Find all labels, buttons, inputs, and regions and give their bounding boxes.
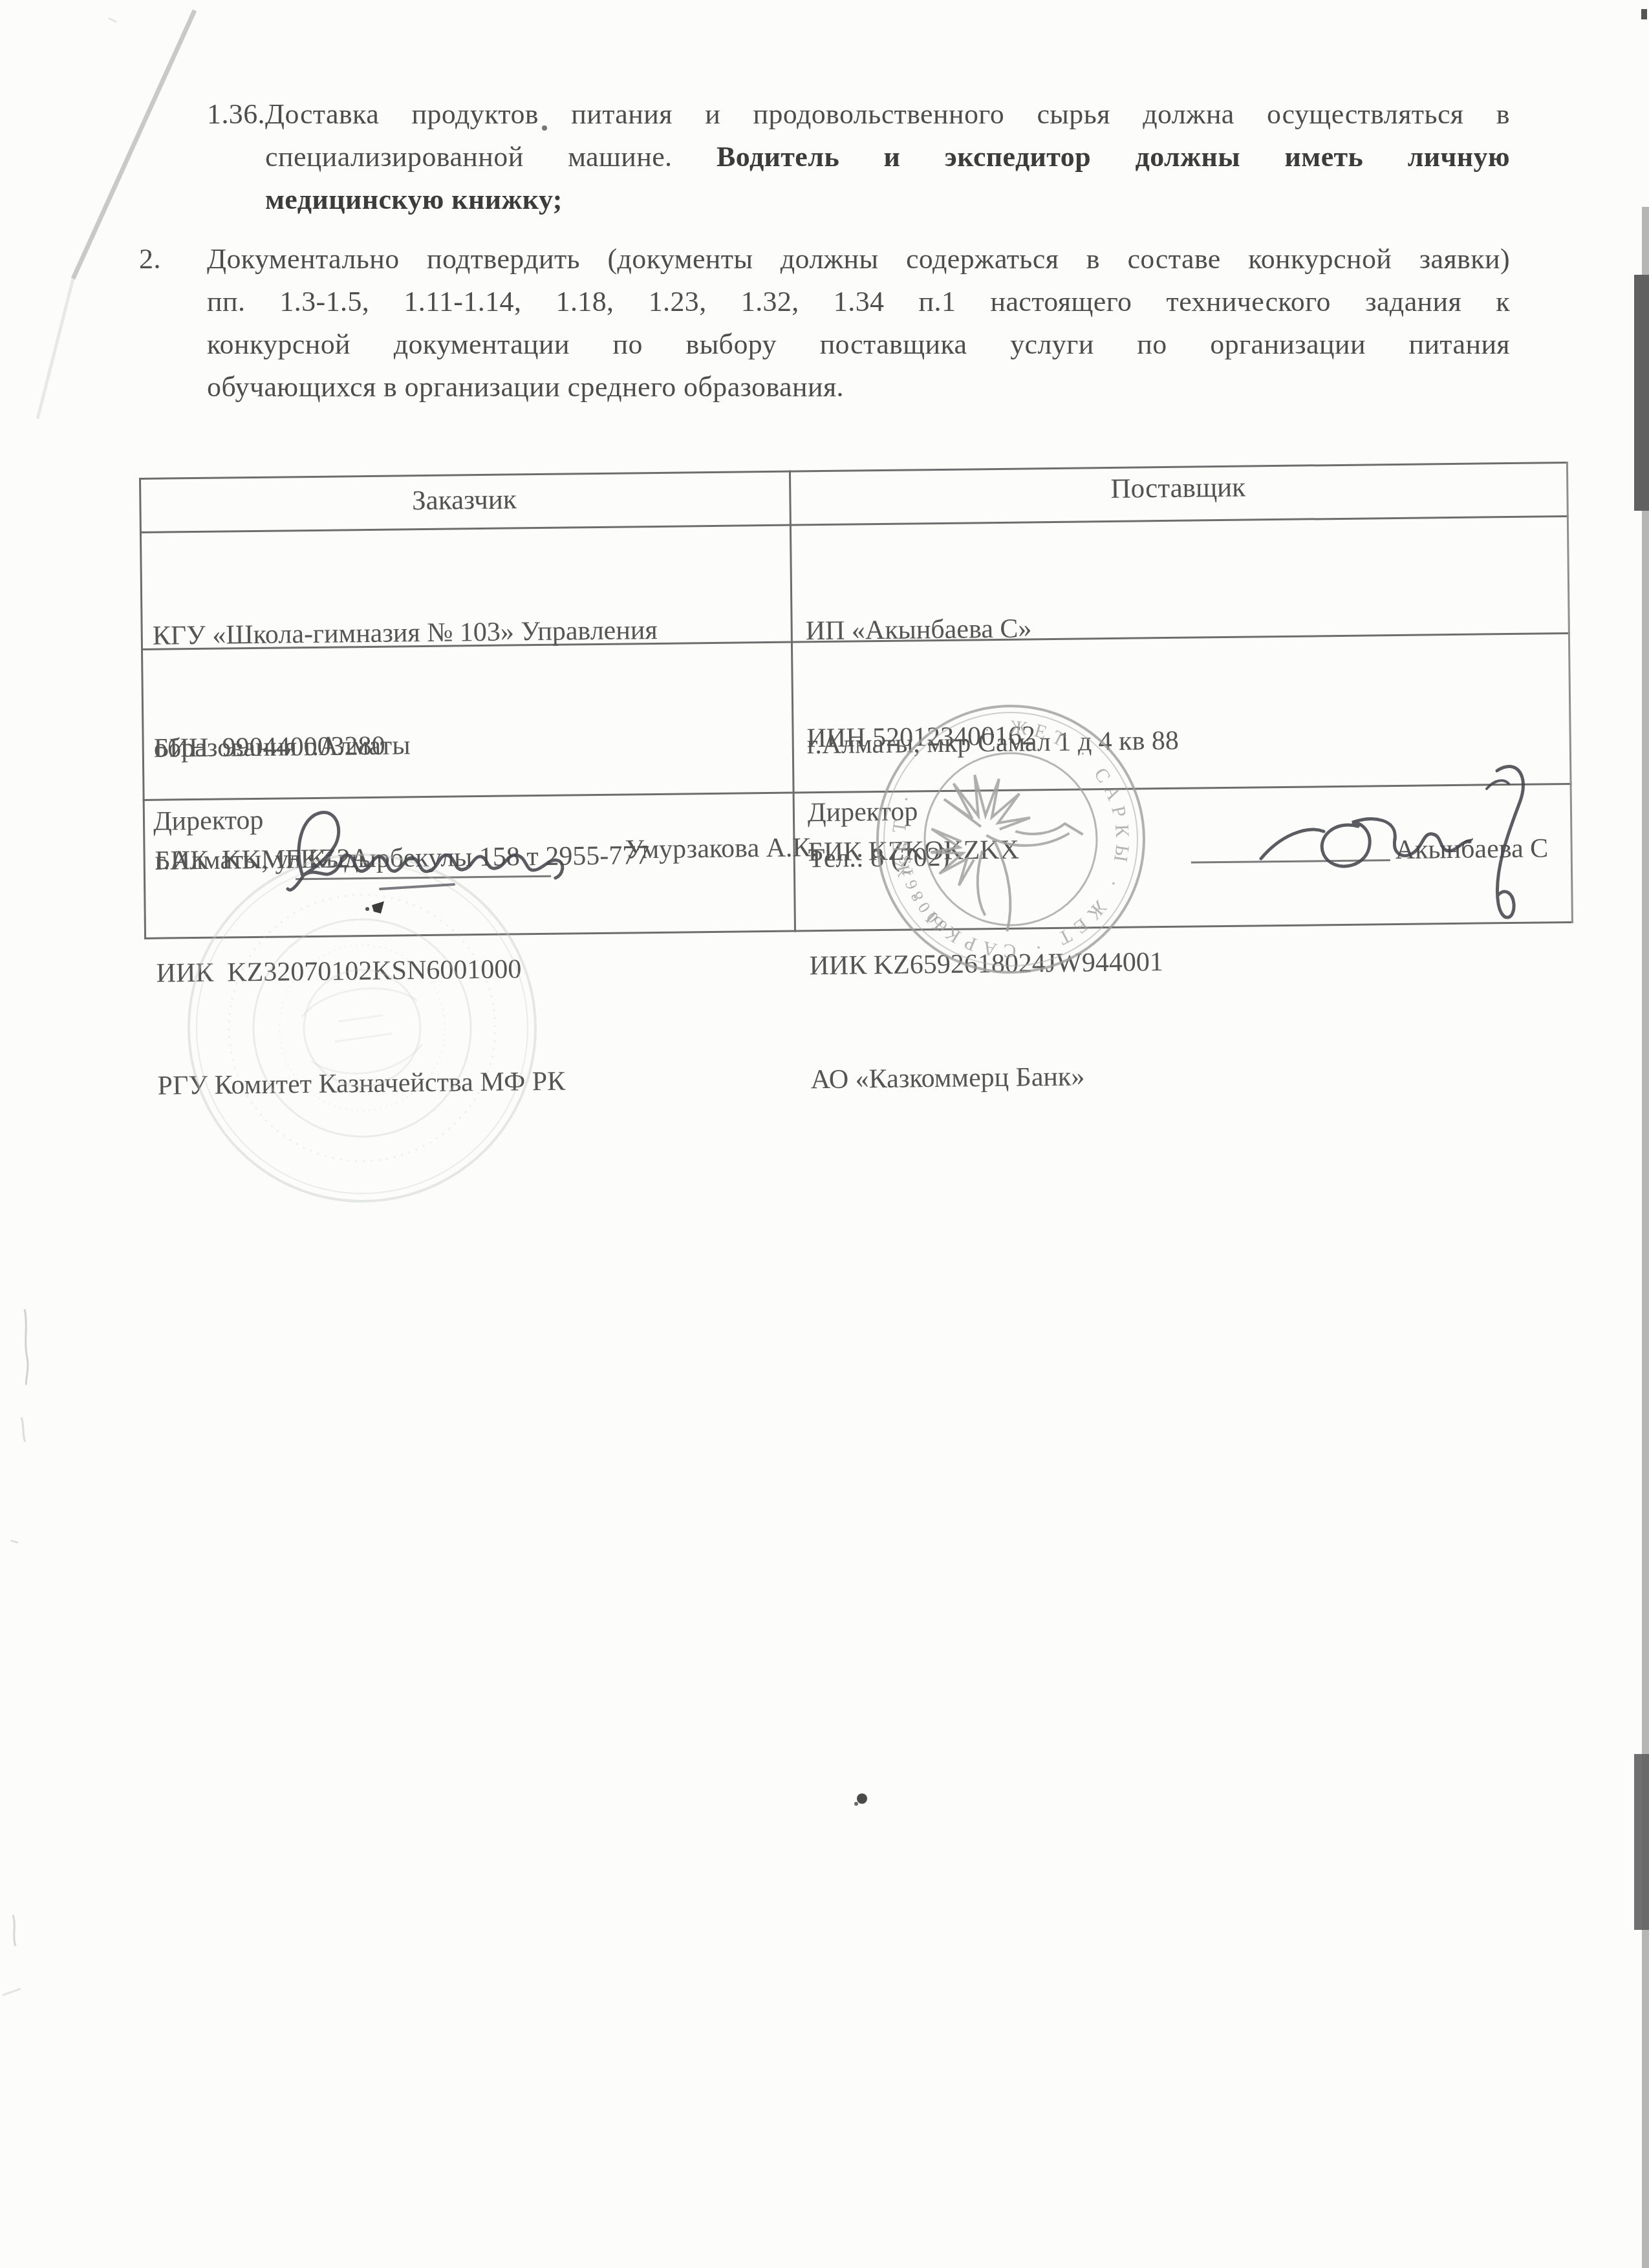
paragraph-1-36-text-1: Доставка продуктов питания и продовольст… [265,98,1510,130]
paragraph-2-line-4: обучающихся в организации среднего образ… [207,366,1510,409]
list-number-1-36: 1.36. [207,98,265,130]
customer-bank-cell: БИН 990440003280 БИК KKMFKZ2A ИИК KZ3207… [153,650,566,1180]
supplier-bank-name: АО «Казкоммерц Банк» [810,1057,1165,1100]
requisites-table: Заказчик Поставщик КГУ «Школа-гимназия №… [139,462,1573,939]
customer-iik: ИИК KZ32070102KSN6001000 [156,950,564,992]
table-border-left [139,478,146,939]
customer-org-line: КГУ «Школа-гимназия № 103» Управления [152,612,657,655]
paragraph-1-36-bold-3: медицинскую книжку; [265,184,563,215]
margin-smudge [25,1309,28,1385]
supplier-signature-line [1191,859,1390,863]
paragraph-1-36-bold-2: Водитель и экспедитор должны иметь личну… [717,141,1510,173]
customer-bin: БИН 990440003280 [153,725,561,767]
header-supplier: Поставщик [789,468,1567,509]
customer-signer-name: Умурзакова А.К. [625,832,817,865]
paragraph-1-36-line-3: медицинскую книжку; [265,178,1510,221]
paragraph-2-line-1: 2.Документально подтвердить (документы д… [139,238,1510,281]
supplier-bank-cell: ИИН 520123400162 БИК KZKOKZKX ИИК KZ6592… [806,641,1165,1175]
paragraph-2-text-1: Документально подтвердить (документы дол… [207,243,1510,275]
paragraph-1-36-text-2: специализированной машине. [265,141,717,173]
customer-role-label: Директор [153,805,264,837]
customer-bik: БИК KKMFKZ2A [155,838,563,880]
supplier-bik: БИК KZKOKZKX [808,829,1162,872]
paragraph-2-line-3: конкурсной документации по выбору постав… [207,323,1510,366]
list-number-2: 2. [139,238,207,281]
supplier-role-label: Директор [808,796,918,828]
paragraph-2: 2.Документально подтвердить (документы д… [139,238,1510,409]
contract-text-block: 1.36.Доставка продуктов питания и продов… [139,93,1510,409]
supplier-iin: ИИН 520123400162 [806,716,1161,758]
paragraph-1-36: 1.36.Доставка продуктов питания и продов… [139,93,1510,221]
table-border-right [1566,462,1573,923]
scanned-contract-page: 1.36.Доставка продуктов питания и продов… [0,0,1649,2268]
supplier-iik: ИИК KZ6592618024JW944001 [809,943,1163,986]
paragraph-2-line-2: пп. 1.3-1.5, 1.11-1.14, 1.18, 1.23, 1.32… [207,281,1510,323]
ink-dot [857,1793,867,1804]
table-line-header [140,515,1569,533]
customer-bank-name: РГУ Комитет Казначейства МФ РК [157,1063,565,1105]
supplier-signer-name: Акынбаева С [1395,833,1548,866]
paragraph-1-36-line-1: 1.36.Доставка продуктов питания и продов… [207,93,1510,136]
header-customer: Заказчик [139,481,789,520]
scanner-edge-band [1642,207,1649,2268]
paragraph-1-36-line-2: специализированной машине. Водитель и эк… [265,136,1510,178]
